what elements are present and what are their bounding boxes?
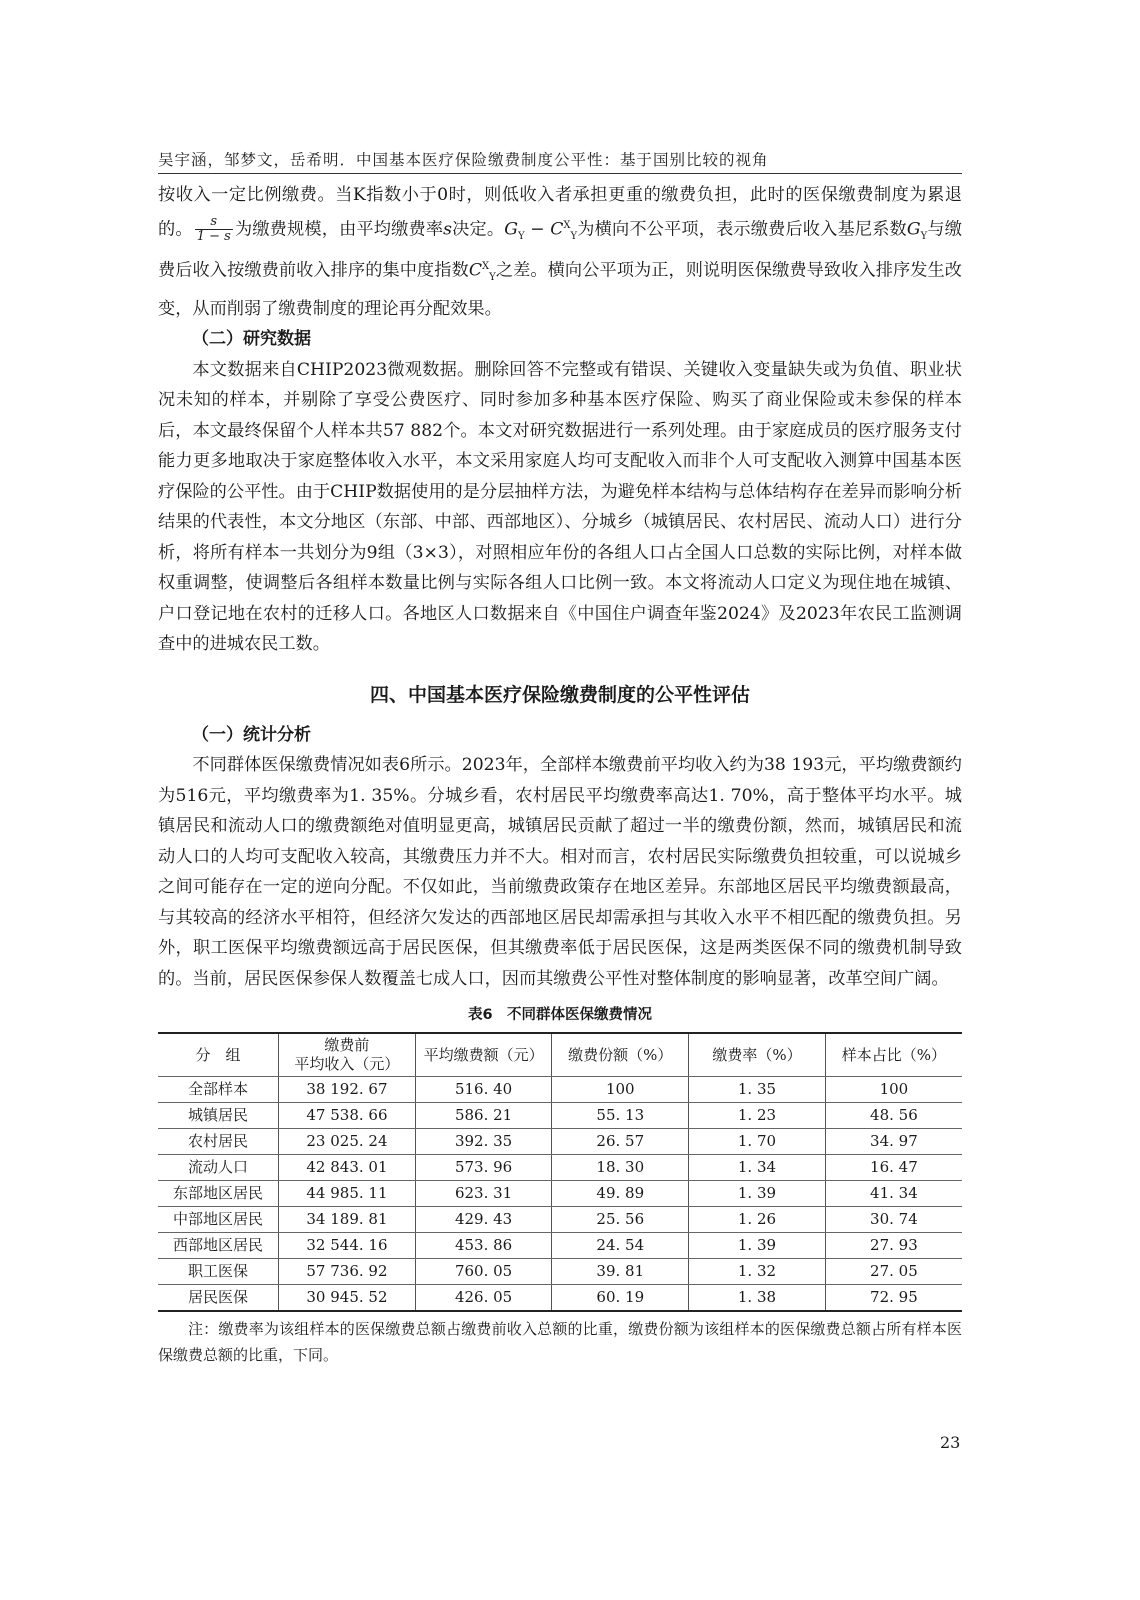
col-header-income: 缴费前平均收入（元） xyxy=(279,1033,416,1077)
col-header-fee-rate: 缴费率（%） xyxy=(689,1033,826,1077)
section-heading-4: 四、中国基本医疗保险缴费制度的公平性评估 xyxy=(158,680,962,710)
table-header-row: 分 组 缴费前平均收入（元） 平均缴费额（元） 缴费份额（%） 缴费率（%） 样… xyxy=(158,1033,962,1077)
table-row: 职工医保57 736. 92760. 0539. 811. 3227. 05 xyxy=(158,1259,962,1285)
table-note: 注：缴费率为该组样本的医保缴费总额占缴费前收入总额的比重，缴费份额为该组样本的医… xyxy=(158,1316,962,1368)
table-row: 东部地区居民44 985. 11623. 3149. 891. 3941. 34 xyxy=(158,1181,962,1207)
page-number: 23 xyxy=(940,1433,960,1452)
table-row: 城镇居民47 538. 66586. 2155. 131. 2348. 56 xyxy=(158,1103,962,1129)
table-row: 居民医保30 945. 52426. 0560. 191. 3872. 95 xyxy=(158,1285,962,1312)
table-caption: 表6 不同群体医保缴费情况 xyxy=(158,1004,962,1026)
fraction-fee-scale: s1 − s xyxy=(195,215,233,244)
col-header-sample-share: 样本占比（%） xyxy=(825,1033,962,1077)
running-head: 吴宇涵，邹梦文，岳希明．中国基本医疗保险缴费制度公平性：基于国别比较的视角 xyxy=(158,148,962,170)
col-header-group: 分 组 xyxy=(158,1033,279,1077)
paragraph-statistics: 不同群体医保缴费情况如表6所示。2023年，全部样本缴费前平均收入约为38 19… xyxy=(158,750,962,994)
table-6: 分 组 缴费前平均收入（元） 平均缴费额（元） 缴费份额（%） 缴费率（%） 样… xyxy=(158,1032,962,1312)
subheading-statistics: （一）统计分析 xyxy=(158,720,962,751)
paragraph-research-data: 本文数据来自CHIP2023微观数据。删除回答不完整或有错误、关键收入变量缺失或… xyxy=(158,355,962,660)
table-row: 中部地区居民34 189. 81429. 4325. 561. 2630. 74 xyxy=(158,1207,962,1233)
col-header-fee-share: 缴费份额（%） xyxy=(552,1033,689,1077)
subheading-research-data: （二）研究数据 xyxy=(158,324,962,355)
table-row: 全部样本38 192. 67516. 401001. 35100 xyxy=(158,1077,962,1103)
header-rule xyxy=(158,173,962,174)
body-text: 按收入一定比例缴费。当K指数小于0时，则低收入者承担更重的缴费负担，此时的医保缴… xyxy=(158,180,962,1368)
table-row: 流动人口42 843. 01573. 9618. 301. 3416. 47 xyxy=(158,1155,962,1181)
col-header-avg-fee: 平均缴费额（元） xyxy=(415,1033,552,1077)
table-row: 农村居民23 025. 24392. 3526. 571. 7034. 97 xyxy=(158,1129,962,1155)
paragraph-method: 按收入一定比例缴费。当K指数小于0时，则低收入者承担更重的缴费负担，此时的医保缴… xyxy=(158,180,962,324)
table-row: 西部地区居民32 544. 16453. 8624. 541. 3927. 93 xyxy=(158,1233,962,1259)
